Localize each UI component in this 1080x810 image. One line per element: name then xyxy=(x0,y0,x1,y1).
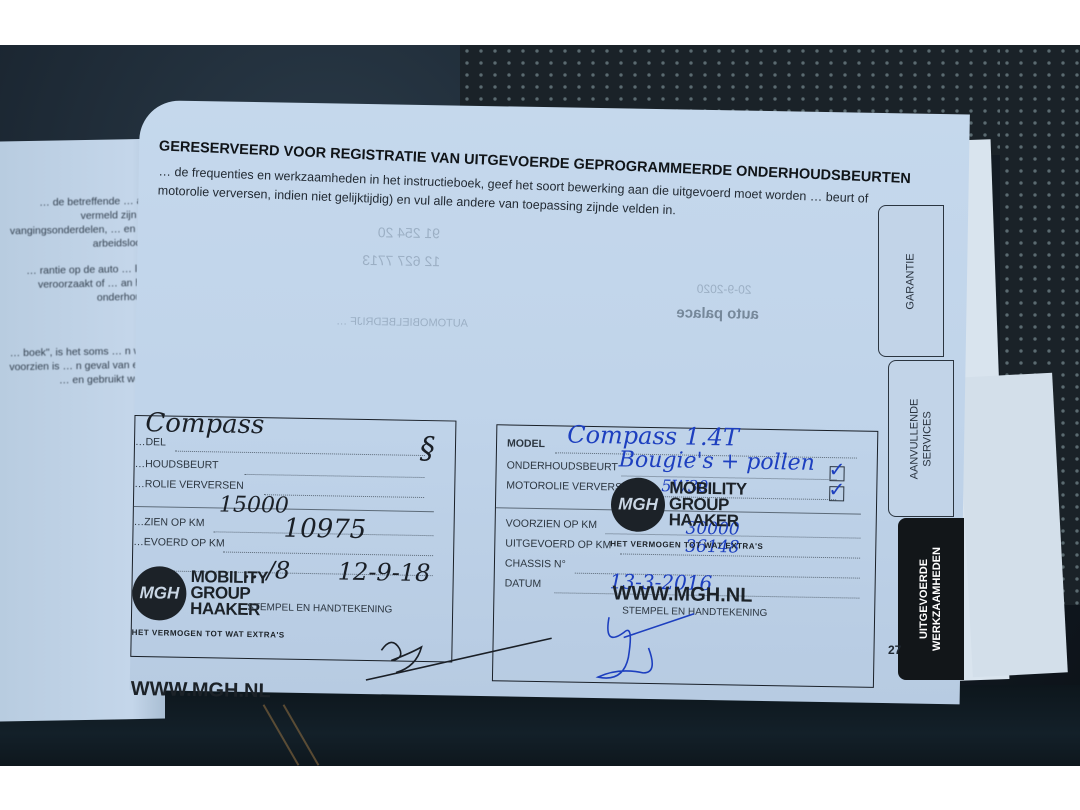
left-paragraph: … boek", is het soms … n wat voorzien is… xyxy=(0,344,150,389)
signature-label: STEMPEL EN HANDTEKENING xyxy=(247,602,392,616)
handwritten-date: 12-9-18 xyxy=(338,558,431,588)
tab-garantie[interactable]: GARANTIE xyxy=(878,205,944,357)
bleed-through-number: 12 627 7713 xyxy=(362,252,440,269)
stamp-slogan: HET VERMOGEN TOT WAT EXTRA'S xyxy=(132,628,285,640)
handwritten-model: Compass xyxy=(145,408,265,440)
handwritten-onderhoudsbeurt: Bougie's + pollen xyxy=(619,447,815,475)
tab-uitgevoerde-werkzaamheden[interactable]: UITGEVOERDE WERKZAAMHEDEN xyxy=(898,518,964,680)
field-label-datum: DATUM xyxy=(505,577,542,590)
booklet-insert-sheet xyxy=(957,373,1068,678)
field-label-voorzien-km: …ZIEN OP KM xyxy=(134,516,205,529)
bleed-through-stamp: AUTOMOBIELBEDRIJF … xyxy=(336,315,468,329)
field-label-model: MODEL xyxy=(507,437,545,450)
left-paragraph: … rantie op de auto … lijk, veroorzaakt … xyxy=(0,262,150,307)
section-tabs: GARANTIE AANVULLENDE SERVICES UITGEVOERD… xyxy=(878,200,968,700)
service-record-right: MODEL ONDERHOUDSBEURT MOTOROLIE VERVERSE… xyxy=(492,424,878,688)
photo: … de betreffende … als vermeld zijn … va… xyxy=(0,45,1080,766)
field-label-voorzien-km: VOORZIEN OP KM xyxy=(506,517,598,531)
signature-right xyxy=(583,607,704,684)
field-label-motorolie: …ROLIE VERVERSEN xyxy=(134,478,244,492)
stamp-url: WWW.MGH.NL xyxy=(612,582,752,607)
left-paragraph: … de betreffende … als vermeld zijn … va… xyxy=(0,194,150,253)
mgh-logo-icon: MGH xyxy=(132,566,187,621)
field-label-onderhoudsbeurt: ONDERHOUDSBEURT xyxy=(507,459,618,473)
handwritten-uitgevoerd-km: 10975 xyxy=(283,514,366,545)
left-page-text: … de betreffende … als vermeld zijn … va… xyxy=(0,194,150,401)
stamp-brand: MOBILITY GROUP HAAKER xyxy=(669,480,747,529)
tab-aanvullende-services[interactable]: AANVULLENDE SERVICES xyxy=(888,360,954,517)
bleed-through-number: 91 254 20 xyxy=(378,224,441,241)
field-label-uitgevoerd-km: UITGEVOERD OP KM xyxy=(505,537,611,551)
right-page: GERESERVEERD VOOR REGISTRATIE VAN UITGEV… xyxy=(130,100,970,704)
field-label-chassis: CHASSIS N° xyxy=(505,557,566,570)
service-record-left: …DEL …HOUDSBEURT …ROLIE VERVERSEN …ZIEN … xyxy=(130,415,456,663)
scribble-mark: § xyxy=(420,431,436,466)
page-number: 27 xyxy=(888,643,901,657)
checkbox-motorolie xyxy=(829,486,844,501)
stamp-slogan: HET VERMOGEN TOT WAT EXTRA'S xyxy=(610,539,763,551)
field-label-onderhoudsbeurt: …HOUDSBEURT xyxy=(135,458,219,471)
handwritten-model: Compass 1.4T xyxy=(567,421,739,452)
field-label-uitgevoerd-km: …EVOERD OP KM xyxy=(133,536,225,550)
bleed-through-date: 20-9-2020 xyxy=(697,282,752,297)
stamp-url: WWW.MGH.NL xyxy=(131,678,271,703)
mgh-logo-icon: MGH xyxy=(611,477,666,532)
handwritten-voorzien-km: 15000 xyxy=(219,492,289,518)
bleed-through-logo: auto palace xyxy=(676,304,759,322)
